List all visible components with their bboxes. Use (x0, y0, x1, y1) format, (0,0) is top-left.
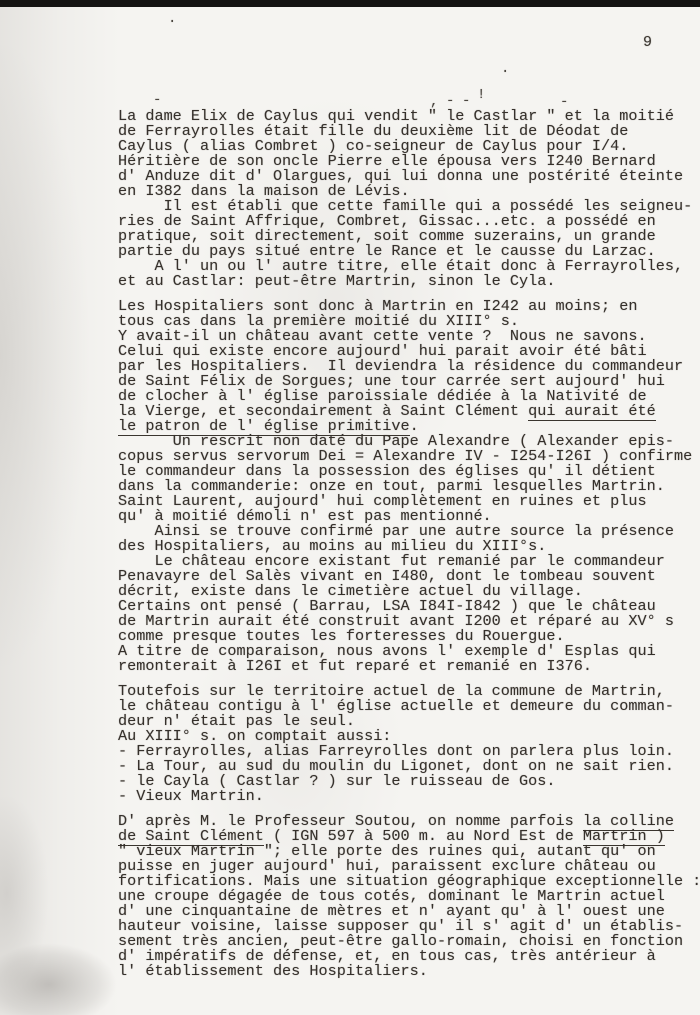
paragraph: Toutefois sur le territoire actuel de la… (118, 684, 700, 804)
text-line: remonterait à I26I et fut reparé et rema… (118, 659, 700, 674)
underlined-text: qui aurait été (528, 402, 656, 421)
text-line: et au Castlar: peut-être Martrin, sinon … (118, 274, 700, 289)
text-segment: l' établissement des Hospitaliers. (118, 962, 428, 980)
stray-mark: ! (477, 88, 485, 102)
text-segment: et au Castlar: peut-être Martrin, sinon … (118, 272, 555, 290)
paragraph: La dame Elix de Caylus qui vendit " le C… (118, 109, 700, 289)
stray-mark: , (430, 95, 438, 109)
stray-mark: - (560, 95, 568, 109)
scanned-page: 9 La dame Elix de Caylus qui vendit " le… (0, 0, 700, 1015)
stray-mark: - (462, 94, 470, 108)
stray-mark: . (501, 62, 509, 76)
text-block: La dame Elix de Caylus qui vendit " le C… (118, 109, 700, 989)
scan-top-border (0, 0, 700, 7)
stray-mark: . (168, 12, 176, 26)
text-line: l' établissement des Hospitaliers. (118, 964, 700, 979)
text-segment: remonterait à I26I et fut reparé et rema… (118, 657, 592, 675)
stray-mark: - (153, 93, 161, 107)
stray-mark: - (446, 94, 454, 108)
paragraph: Les Hospitaliers sont donc à Martrin en … (118, 299, 700, 674)
text-segment: - Vieux Martrin. (118, 787, 264, 805)
page-number: 9 (643, 34, 652, 52)
paragraph: D' après M. le Professeur Soutou, on nom… (118, 814, 700, 979)
text-line: - Vieux Martrin. (118, 789, 700, 804)
